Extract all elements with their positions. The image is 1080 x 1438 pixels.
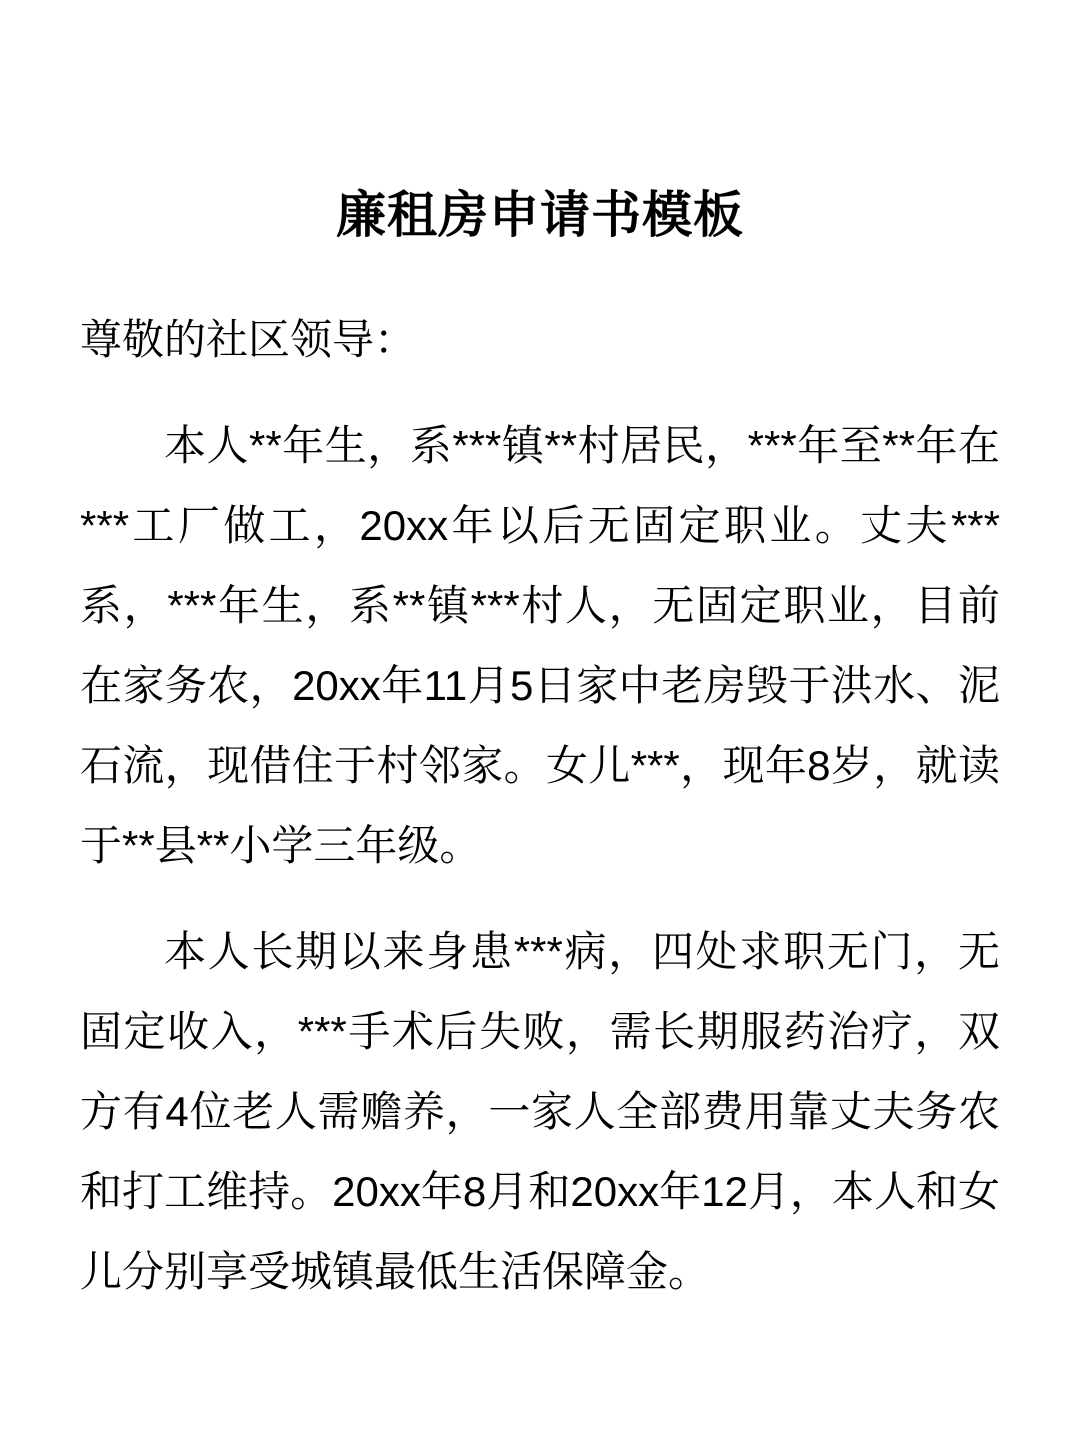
document-page: 廉租房申请书模板 尊敬的社区领导： 本人**年生，系***镇**村居民，***年… [0,0,1080,1438]
body-paragraph-2: 本人长期以来身患***病，四处求职无门，无固定收入，***手术后失败，需长期服药… [80,912,1000,1312]
greeting-line: 尊敬的社区领导： [80,300,1000,380]
document-title: 廉租房申请书模板 [80,185,1000,245]
body-paragraph-1: 本人**年生，系***镇**村居民，***年至**年在***工厂做工，20xx年… [80,406,1000,886]
